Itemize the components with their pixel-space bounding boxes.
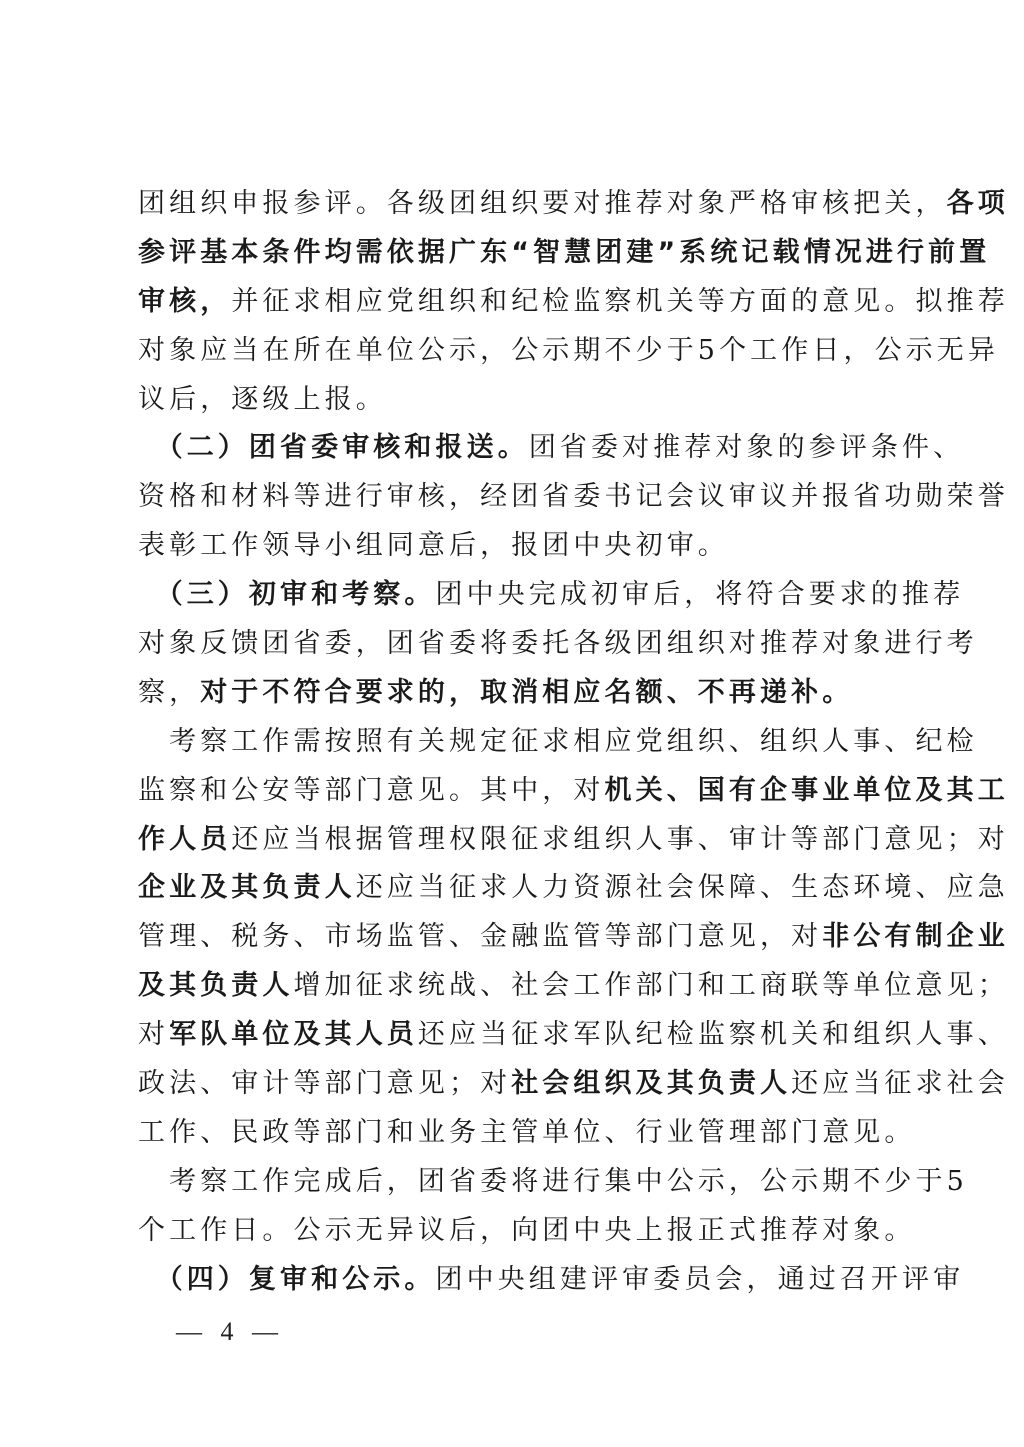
text-run: 还应当根据管理权限征求组织人事、审计等部门意见；对 [231,824,1009,855]
text-line: 工作、民政等部门和业务主管单位、行业管理部门意见。 [138,1109,898,1158]
text-line: 企业及其负责人还应当征求人力资源社会保障、生态环境、应急 [138,864,898,913]
text-run: 工作、民政等部门和业务主管单位、行业管理部门意见。 [138,1117,916,1148]
text-line: 及其负责人增加征求统战、社会工作部门和工商联等单位意见； [138,962,898,1011]
bold-text-run: （二）团省委审核和报送。 [138,432,529,463]
text-line: 对象应当在所在单位公示，公示期不少于5个工作日，公示无异 [138,327,898,376]
text-run: 团中央组建评审委员会，通过召开评审 [436,1264,965,1295]
text-line: 政法、审计等部门意见；对社会组织及其负责人还应当征求社会 [138,1060,898,1109]
text-line: 资格和材料等进行审核，经团省委书记会议审议并报省功勋荣誉 [138,473,898,522]
text-line: 考察工作完成后，团省委将进行集中公示，公示期不少于5 [138,1158,898,1207]
bold-text-run: （三）初审和考察。 [138,579,436,610]
text-run: 还应当征求人力资源社会保障、生态环境、应急 [356,872,1009,903]
text-line: 审核，并征求相应党组织和纪检监察机关等方面的意见。拟推荐 [138,278,898,327]
text-run: 对象反馈团省委，团省委将委托各级团组织对推荐对象进行考 [138,628,978,659]
text-line: 管理、税务、市场监管、金融监管等部门意见，对非公有制企业 [138,913,898,962]
text-run: 表彰工作领导小组同意后，报团中央初审。 [138,530,729,561]
bold-text-run: 社会组织及其负责人 [511,1068,791,1099]
document-page: 团组织申报参评。各级团组织要对推荐对象严格审核把关，各项参评基本条件均需依据广东… [0,0,1024,1447]
text-line: 监察和公安等部门意见。其中，对机关、国有企事业单位及其工 [138,767,898,816]
text-line: 个工作日。公示无异议后，向团中央上报正式推荐对象。 [138,1207,898,1256]
text-run: 议后，逐级上报。 [138,384,387,415]
text-line: 表彰工作领导小组同意后，报团中央初审。 [138,522,898,571]
text-line: 考察工作需按照有关规定征求相应党组织、组织人事、纪检 [138,718,898,767]
bold-text-run: 机关、国有企事业单位及其工 [605,775,1009,806]
text-run: 政法、审计等部门意见；对 [138,1068,511,1099]
text-run: 还应当征求社会 [791,1068,1009,1099]
text-line: 议后，逐级上报。 [138,376,898,425]
bold-text-run: 作人员 [138,824,231,855]
text-line: 参评基本条件均需依据广东“智慧团建”系统记载情况进行前置 [138,229,898,278]
text-run: 对象应当在所在单位公示，公示期不少于5个工作日，公示无异 [138,335,999,366]
text-line: 团组织申报参评。各级团组织要对推荐对象严格审核把关，各项 [138,180,898,229]
text-run: 个工作日。公示无异议后，向团中央上报正式推荐对象。 [138,1215,916,1246]
bold-text-run: 对于不符合要求的，取消相应名额、不再递补。 [200,677,853,708]
bold-text-run: 参评基本条件均需依据广东“智慧团建”系统记载情况进行前置 [138,237,990,268]
text-line: 对军队单位及其人员还应当征求军队纪检监察机关和组织人事、 [138,1011,898,1060]
bold-text-run: 及其负责人 [138,970,294,1001]
text-run: 资格和材料等进行审核，经团省委书记会议审议并报省功勋荣誉 [138,481,1009,512]
bold-text-run: 企业及其负责人 [138,872,356,903]
text-run: 增加征求统战、社会工作部门和工商联等单位意见； [294,970,1009,1001]
text-run: 管理、税务、市场监管、金融监管等部门意见，对 [138,921,822,952]
bold-text-run: 各项 [947,188,1009,219]
text-line: 作人员还应当根据管理权限征求组织人事、审计等部门意见；对 [138,816,898,865]
bold-text-run: 审核， [138,286,231,317]
text-run: 察， [138,677,200,708]
text-run: 团组织申报参评。各级团组织要对推荐对象严格审核把关， [138,188,947,219]
text-run: 考察工作需按照有关规定征求相应党组织、组织人事、纪检 [138,726,978,757]
document-body: 团组织申报参评。各级团组织要对推荐对象严格审核把关，各项参评基本条件均需依据广东… [138,180,898,1304]
text-run: 考察工作完成后，团省委将进行集中公示，公示期不少于5 [138,1166,968,1197]
bold-text-run: （四）复审和公示。 [138,1264,436,1295]
text-line: （二）团省委审核和报送。团省委对推荐对象的参评条件、 [138,424,898,473]
text-run: 团中央完成初审后，将符合要求的推荐 [436,579,965,610]
text-run: 团省委对推荐对象的参评条件、 [529,432,964,463]
text-line: 察，对于不符合要求的，取消相应名额、不再递补。 [138,669,898,718]
text-run: 对 [138,1019,169,1050]
text-run: 并征求相应党组织和纪检监察机关等方面的意见。拟推荐 [231,286,1009,317]
bold-text-run: 军队单位及其人员 [169,1019,418,1050]
text-line: 对象反馈团省委，团省委将委托各级团组织对推荐对象进行考 [138,620,898,669]
text-run: 还应当征求军队纪检监察机关和组织人事、 [418,1019,1009,1050]
page-number: — 4 — [176,1317,284,1347]
text-line: （三）初审和考察。团中央完成初审后，将符合要求的推荐 [138,571,898,620]
bold-text-run: 非公有制企业 [822,921,1009,952]
text-run: 监察和公安等部门意见。其中，对 [138,775,605,806]
text-line: （四）复审和公示。团中央组建评审委员会，通过召开评审 [138,1256,898,1305]
